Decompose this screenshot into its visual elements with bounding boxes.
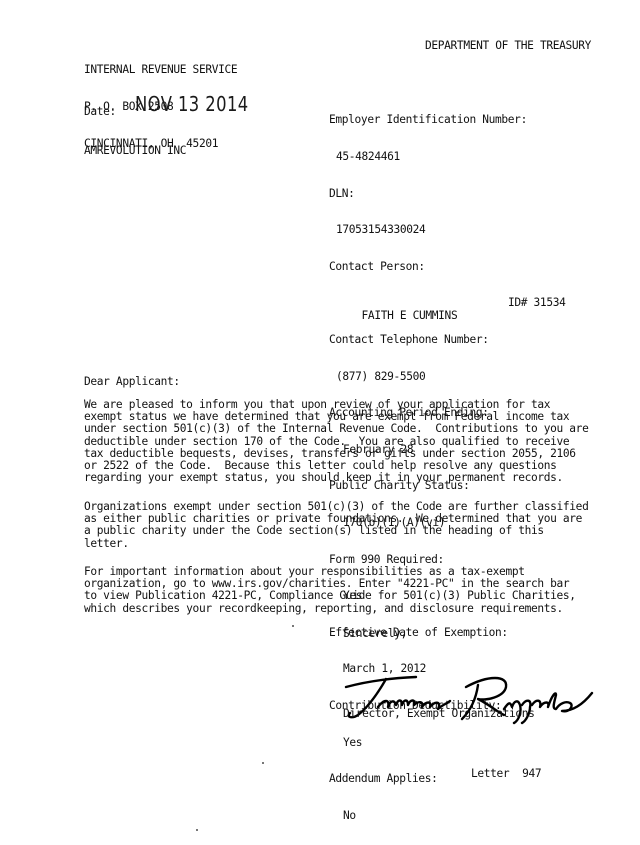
signer-title: Director, Exempt Organizations <box>343 708 535 720</box>
contact-person-label: Contact Person: <box>329 261 527 273</box>
date-label: Date: <box>84 106 116 118</box>
contact-person-value: FAITH E CUMMINS <box>362 309 458 322</box>
contact-phone-value: (877) 829-5500 <box>329 371 527 383</box>
form990-label: Form 990 Required: <box>329 554 527 566</box>
contact-person-row: FAITH E CUMMINS ID# 31534 <box>329 297 527 309</box>
contact-phone-label: Contact Telephone Number: <box>329 334 527 346</box>
dln-value: 17053154330024 <box>329 224 527 236</box>
dln-label: DLN: <box>329 188 527 200</box>
valediction: Sincerely, <box>343 628 407 640</box>
paragraph-more-info: For important information about your res… <box>84 566 604 615</box>
letter-number: Letter 947 <box>471 768 541 780</box>
date-stamp: NOV 13 2014 <box>135 92 249 116</box>
paragraph-determination: We are pleased to inform you that upon r… <box>84 399 604 484</box>
addendum-value: No <box>329 810 527 822</box>
contact-id: ID# 31534 <box>508 297 565 309</box>
agency-name: INTERNAL REVENUE SERVICE <box>84 64 237 76</box>
scan-speck <box>262 762 264 764</box>
ein-value: 45-4824461 <box>329 151 527 163</box>
deductibility-value: Yes <box>329 737 527 749</box>
paragraph-classification: Organizations exempt under section 501(c… <box>84 501 604 550</box>
scan-speck <box>292 625 294 627</box>
scan-speck <box>196 829 198 831</box>
ein-label: Employer Identification Number: <box>329 114 527 126</box>
organization-name: AMREVOLUTION INC <box>84 145 186 157</box>
salutation: Dear Applicant: <box>84 376 180 388</box>
department-name: DEPARTMENT OF THE TREASURY <box>425 40 591 52</box>
